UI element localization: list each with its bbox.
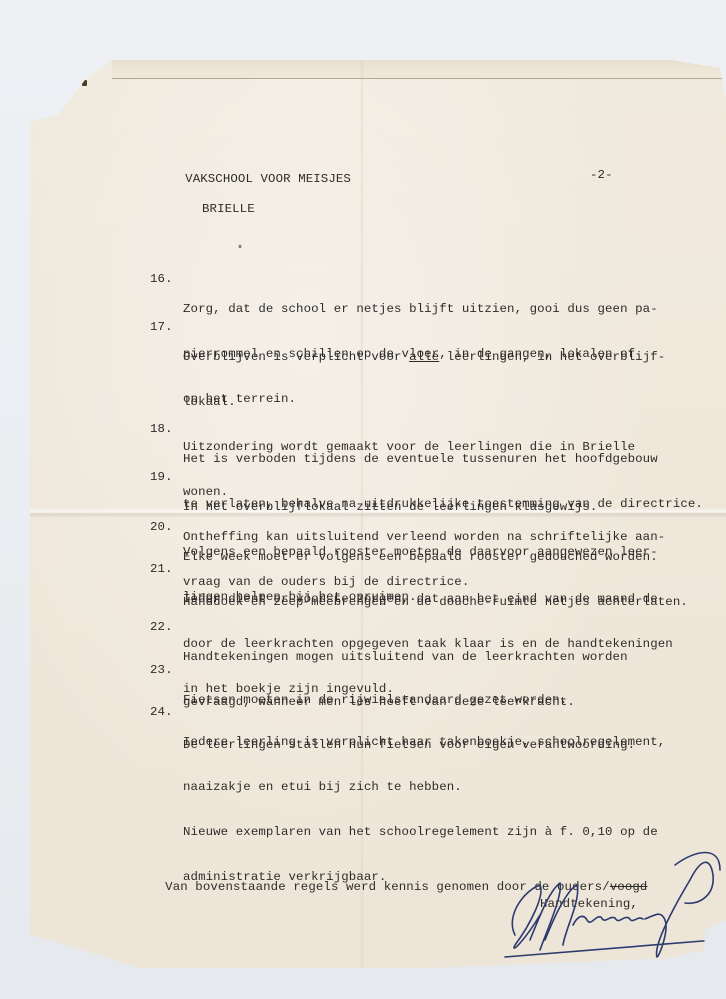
rule-line: Ieder dient er voor te zorgen, dat aan h… xyxy=(183,592,673,607)
rule-number: 17. xyxy=(150,320,173,335)
rule-24: 24. Iedere leerling is verplicht haar ta… xyxy=(150,705,710,765)
rule-line: Iedere leerling is verplicht haar takenb… xyxy=(183,735,665,750)
school-city: BRIELLE xyxy=(155,202,351,217)
top-folded-edge xyxy=(112,60,722,79)
handwritten-signature xyxy=(485,845,725,965)
rule-number: 22. xyxy=(150,620,173,635)
rule-line: Het is verboden tijdens de eventuele tus… xyxy=(183,452,703,467)
rule-number: 23. xyxy=(150,663,173,678)
rule-line-with-underline: Overblijven is verplicht voor alle leerl… xyxy=(183,350,665,365)
school-name: VAKSCHOOL VOOR MEISJES xyxy=(185,172,351,186)
document-page: VAKSCHOOL VOOR MEISJES BRIELLE * -2- 16.… xyxy=(30,60,726,968)
rule-21: 21. Ieder dient er voor te zorgen, dat a… xyxy=(150,562,710,622)
rule-number: 18. xyxy=(150,422,173,437)
rule-number: 20. xyxy=(150,520,173,535)
rule-line: lokaal. xyxy=(183,395,665,410)
rule-line-suffix: leerlingen, in het overblijf- xyxy=(439,350,665,364)
underlined-word: alle xyxy=(409,350,439,364)
rule-line: Nieuwe exemplaren van het schoolregeleme… xyxy=(183,825,665,840)
letterhead-mark: * xyxy=(155,247,351,255)
rule-line-prefix: Overblijven is verplicht voor xyxy=(183,350,409,364)
rule-number: 19. xyxy=(150,470,173,485)
rule-number: 21. xyxy=(150,562,173,577)
rule-line: Zorg, dat de school er netjes blijft uit… xyxy=(183,302,658,317)
letterhead: VAKSCHOOL VOOR MEISJES BRIELLE * xyxy=(155,157,351,285)
rule-line: In het overblijflokaal zitten de leerlin… xyxy=(183,500,658,515)
rule-number: 16. xyxy=(150,272,173,287)
rule-17: 17. Overblijven is verplicht voor alle l… xyxy=(150,320,710,380)
page-number: -2- xyxy=(590,168,613,183)
rule-number: 24. xyxy=(150,705,173,720)
rule-line: naaizakje en etui bij zich te hebben. xyxy=(183,780,665,795)
